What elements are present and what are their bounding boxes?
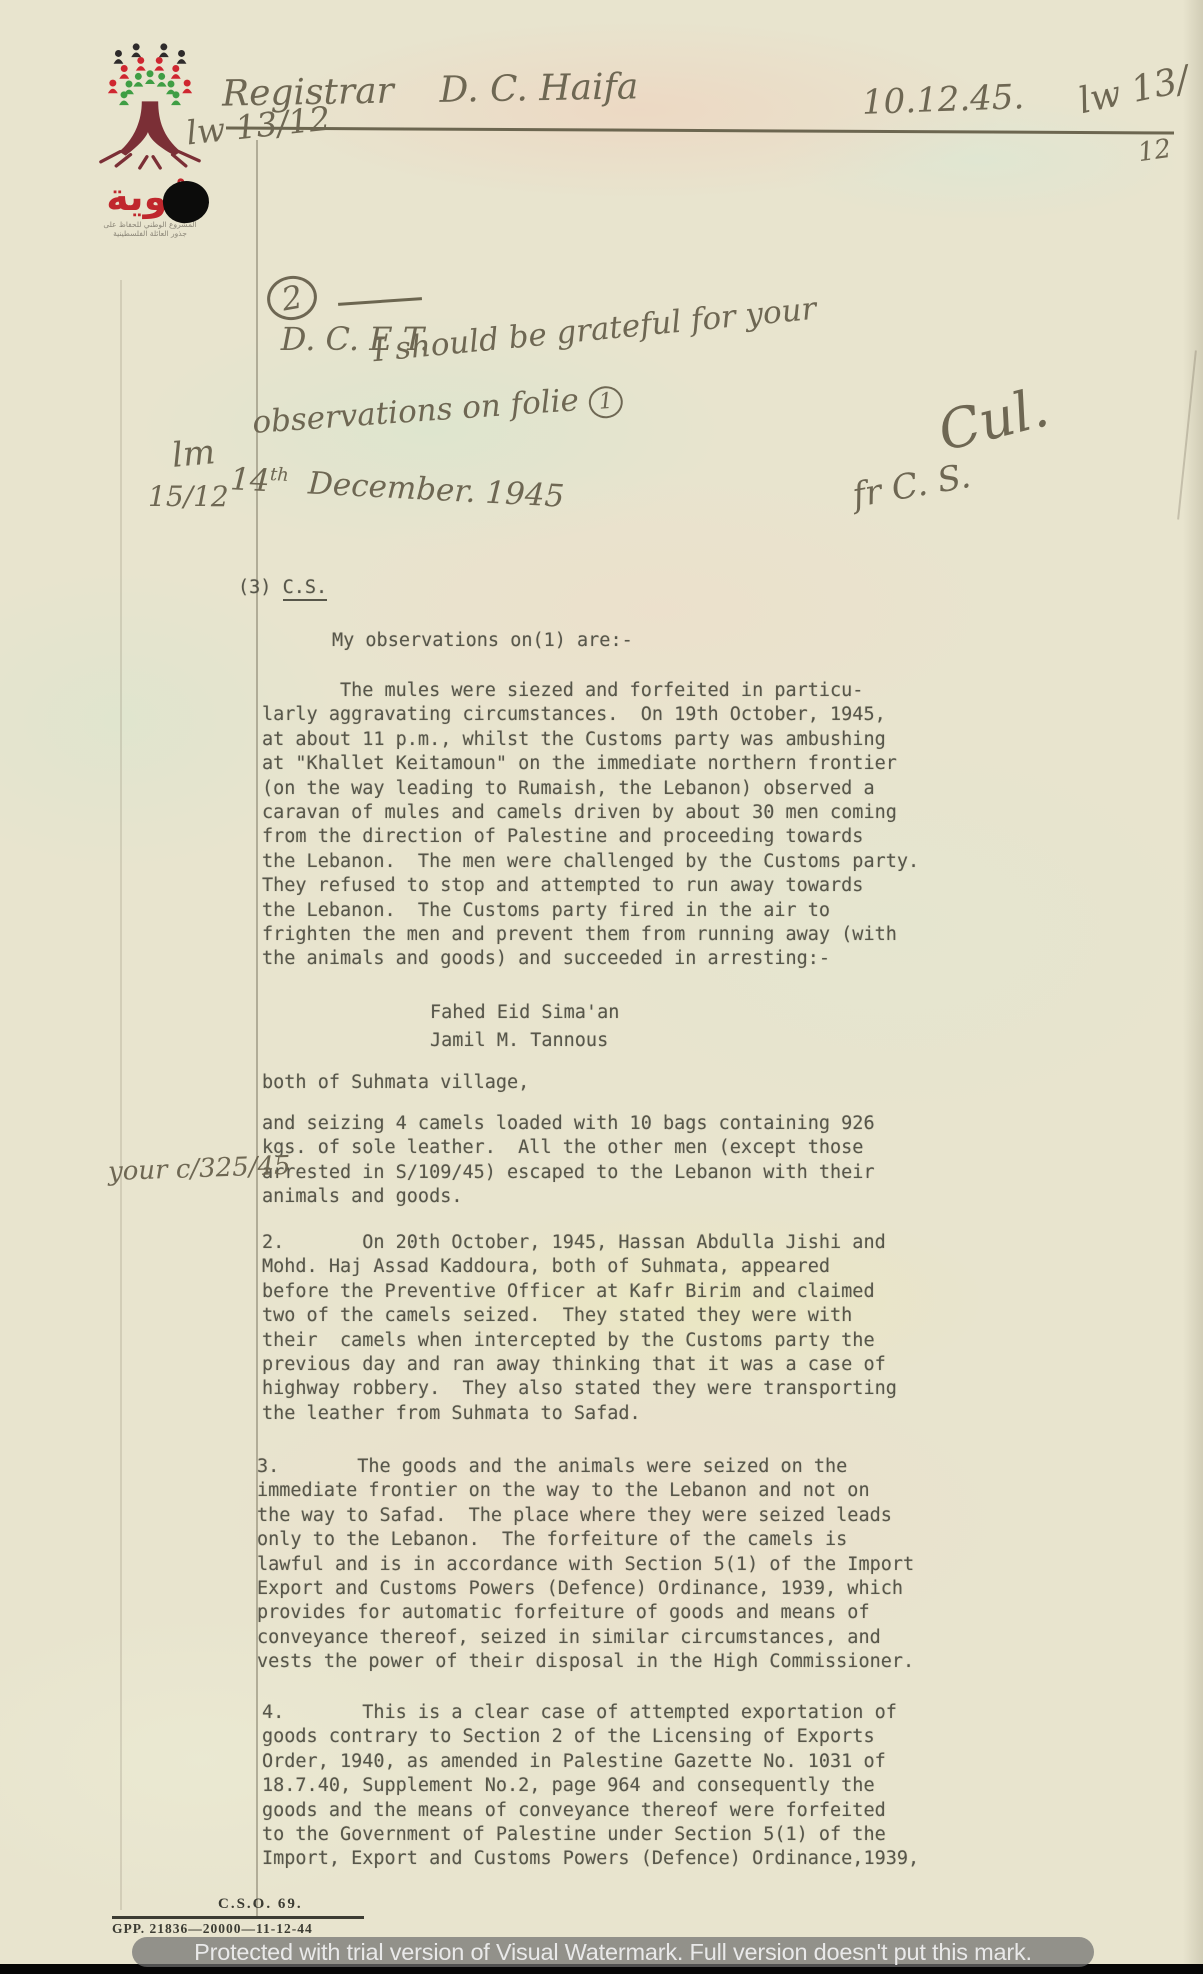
minute-3-number: (3) [238, 577, 283, 598]
seizure-paragraph: and seizing 4 camels loaded with 10 bags… [262, 1112, 875, 1210]
minute-date-rest: December. 1945 [287, 464, 565, 514]
paragraph-3: 3. The goods and the animals were seized… [257, 1455, 914, 1675]
logo-subtitle-2: جذور العائلة الفلسطينية [88, 229, 212, 238]
signature-for-cs: fr C. S. [849, 456, 973, 516]
minute-date: 14th December. 1945 [229, 461, 565, 514]
paragraph-1: The mules were siezed and forfeited in p… [262, 679, 919, 972]
both-village-line: both of Suhmata village, [262, 1071, 529, 1095]
minute-date-day: 14 [229, 461, 270, 499]
margin-file-ref: your c/325/45 [108, 1151, 292, 1187]
margin-initials-date: 15/12 [148, 480, 229, 513]
grateful-note-line1: I should be grateful for your [371, 291, 818, 370]
pencil-stroke [1177, 350, 1197, 519]
minute-2: 2 D. C. E T. [226, 238, 430, 396]
minute-3-heading: (3) C.S. [238, 576, 327, 600]
paper-texture [0, 0, 1203, 1974]
minute-date-ordinal: th [269, 464, 289, 486]
folio-1-circle: 1 [588, 385, 624, 419]
left-fold-line [120, 280, 122, 1910]
watermark-bar: Protected with trial version of Visual W… [132, 1937, 1094, 1967]
margin-initials-lm: lm [170, 432, 216, 476]
minute-2-number: 2 [278, 278, 305, 319]
scanned-document-page: هُوية المشروع الوطني للحفاظ على جذور الع… [0, 0, 1203, 1974]
footer-form-number: C.S.O. 69. [218, 1896, 303, 1913]
clerk-initials-top-right-sub: 12 [1136, 134, 1173, 168]
paragraph-2: 2. On 20th October, 1945, Hassan Abdulla… [262, 1231, 897, 1426]
paragraph-4: 4. This is a clear case of attempted exp… [262, 1701, 919, 1872]
minute-2-number-circle: 2 [263, 272, 320, 324]
minute-3-addressee: C.S. [283, 577, 328, 601]
registrar-date: 10.12.45. [861, 77, 1025, 123]
footer-rule [112, 1916, 364, 1919]
clerk-initials-top-right: lw 13/ [1075, 59, 1193, 122]
body-intro: My observations on(1) are:- [332, 629, 633, 653]
footer-print-code: GPP. 21836—20000—11-12-44 [112, 1921, 313, 1937]
signature: Cul. [932, 376, 1054, 464]
registrar-underline [226, 127, 1174, 134]
watermark-text: Protected with trial version of Visual W… [194, 1939, 1032, 1966]
arrested-names: Fahed Eid Sima'an Jamil M. Tannous [430, 999, 619, 1055]
